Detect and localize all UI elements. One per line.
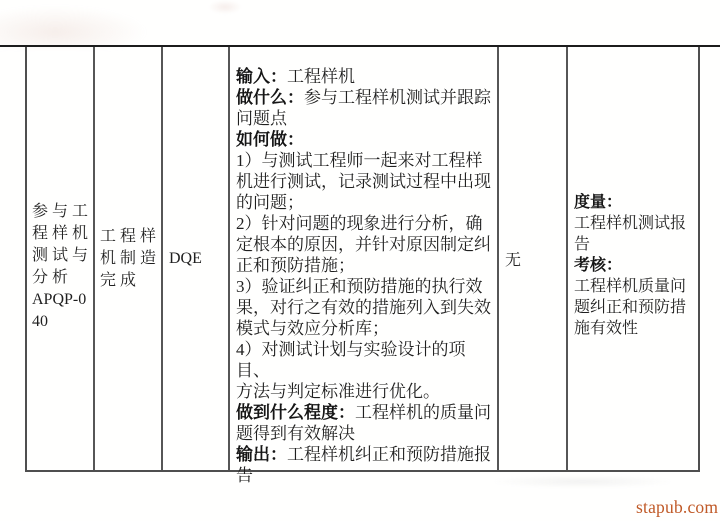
tools-text: 无 <box>499 247 521 270</box>
detail-paragraph-step1: 1）与测试工程师一起来对工程样 机进行测试，记录测试过程中出现 的问题； <box>236 150 491 213</box>
cell-owner: DQE <box>163 47 230 470</box>
apqp-process-table-row: 参 与 工 程 样 机 测 试 与 分 析 APQP-0 40 工 程 样 机 … <box>25 47 700 472</box>
activity-id-text: 参 与 工 程 样 机 测 试 与 分 析 APQP-0 40 <box>27 201 88 333</box>
measure-label: 度量： <box>574 192 694 213</box>
detail-paragraph-step4: 4）对测试计划与实验设计的项目、 方法与判定标准进行优化。 <box>236 339 491 402</box>
detail-paragraph-step2: 2）针对问题的现象进行分析，确 定根本的原因，并针对原因制定纠 正和预防措施； <box>236 213 491 276</box>
detail-label: 输出： <box>236 445 287 464</box>
detail-paragraph-output: 输出：工程样机纠正和预防措施报 告 <box>236 444 491 486</box>
detail-label: 做什么： <box>236 88 304 107</box>
measure-text: 工程样机测试报 告 <box>574 213 694 255</box>
watermark-stapub: stapub.com <box>636 497 718 518</box>
detail-paragraph-what: 做什么：参与工程样机测试并跟踪 问题点 <box>236 87 491 129</box>
assessment-label: 考核： <box>574 255 694 276</box>
cell-metrics: 度量： 工程样机测试报 告 考核： 工程样机质量问 题纠正和预防措 施有效性 <box>568 47 698 470</box>
detail-text: 3）验证纠正和预防措施的执行效 果，对行之有效的措施列入到失效 模式与效应分析库… <box>236 277 491 338</box>
detail-text: 4）对测试计划与实验设计的项目、 方法与判定标准进行优化。 <box>236 340 466 401</box>
cell-precondition: 工 程 样 机 制 造 完 成 <box>95 47 163 470</box>
detail-paragraph-degree: 做到什么程度：工程样机的质量问 题得到有效解决 <box>236 402 491 444</box>
cell-activity-detail: 输入：工程样机 做什么：参与工程样机测试并跟踪 问题点 如何做： 1）与测试工程… <box>230 47 499 470</box>
detail-label: 如何做： <box>236 130 304 149</box>
detail-text: 1）与测试工程师一起来对工程样 机进行测试，记录测试过程中出现 的问题； <box>236 151 491 212</box>
scan-artifact-bottom <box>495 475 670 488</box>
owner-text: DQE <box>163 250 202 268</box>
detail-text: 2）针对问题的现象进行分析，确 定根本的原因，并针对原因制定纠 正和预防措施； <box>236 214 491 275</box>
scan-artifact-top <box>208 0 242 14</box>
detail-paragraph-step3: 3）验证纠正和预防措施的执行效 果，对行之有效的措施列入到失效 模式与效应分析库… <box>236 276 491 339</box>
cell-activity-id: 参 与 工 程 样 机 测 试 与 分 析 APQP-0 40 <box>27 47 95 470</box>
scan-artifact-top-left <box>0 6 148 48</box>
detail-paragraph-how-header: 如何做： <box>236 129 491 150</box>
metric-assessment: 考核： 工程样机质量问 题纠正和预防措 施有效性 <box>574 255 694 339</box>
detail-label: 做到什么程度： <box>236 403 355 422</box>
detail-paragraph-input: 输入：工程样机 <box>236 66 491 87</box>
detail-text: 工程样机 <box>287 67 355 86</box>
detail-label: 输入： <box>236 67 287 86</box>
assessment-text: 工程样机质量问 题纠正和预防措 施有效性 <box>574 276 694 339</box>
cell-tools: 无 <box>499 47 568 470</box>
metric-measure: 度量： 工程样机测试报 告 <box>574 192 694 255</box>
scanned-document-page: 参 与 工 程 样 机 测 试 与 分 析 APQP-0 40 工 程 样 机 … <box>0 0 720 521</box>
precondition-text: 工 程 样 机 制 造 完 成 <box>95 226 156 292</box>
